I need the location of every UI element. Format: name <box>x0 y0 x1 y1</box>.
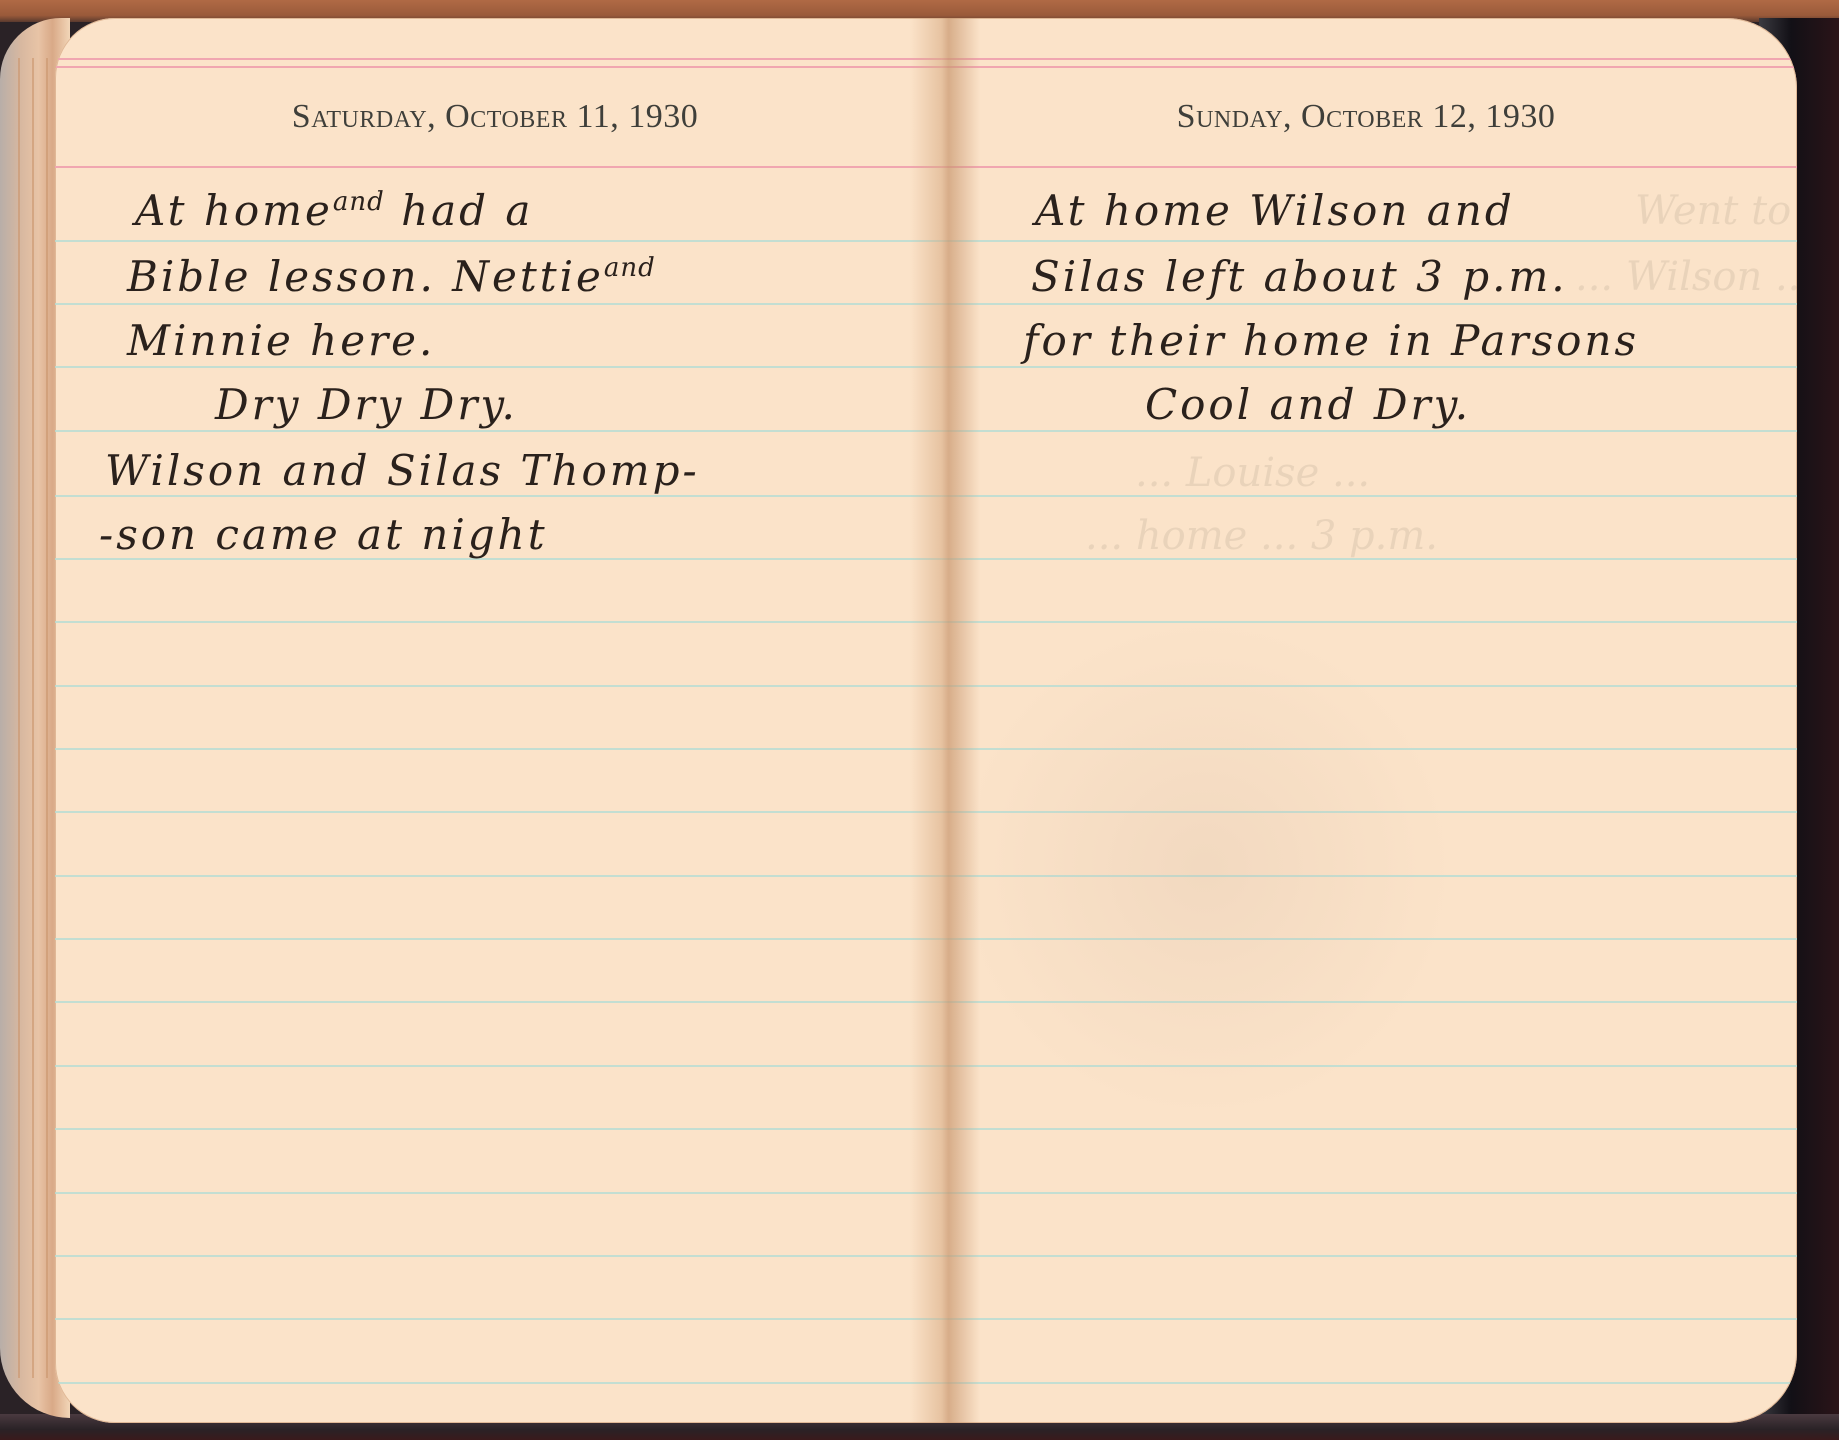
page-edge-line <box>18 58 20 1378</box>
diary-spread: Saturday, October 11, 1930 At homeand ha… <box>55 18 1797 1423</box>
left-page-date-heading: Saturday, October 11, 1930 <box>55 98 935 136</box>
bleed-through-text: ... Louise ... <box>1135 450 1370 496</box>
entry-line: for their home in Parsons <box>1023 316 1639 365</box>
right-page-date-heading: Sunday, October 12, 1930 <box>935 98 1797 136</box>
entry-line: Cool and Dry. <box>1145 380 1471 429</box>
page-edge-line <box>32 58 34 1378</box>
entry-line: Dry Dry Dry. <box>215 380 518 429</box>
right-page: Sunday, October 12, 1930 Went to ... ...… <box>935 18 1797 1423</box>
entry-line: At homeand had a <box>135 186 533 235</box>
bleed-through-text: ... Wilson ... <box>1575 254 1797 300</box>
entry-line: Bible lesson. Nettieand <box>127 252 656 301</box>
entry-line: Wilson and Silas Thomp- <box>105 446 700 495</box>
entry-line: Minnie here. <box>127 316 435 365</box>
entry-line: At home Wilson and <box>1035 186 1515 235</box>
page-edge-line <box>46 58 48 1378</box>
bleed-through-text: ... home ... 3 p.m. <box>1085 513 1438 559</box>
left-page: Saturday, October 11, 1930 At homeand ha… <box>55 18 935 1423</box>
bleed-through-text: Went to ... <box>1635 188 1797 234</box>
entry-line: Silas left about 3 p.m. <box>1031 252 1568 301</box>
entry-line: -son came at night <box>99 510 548 559</box>
